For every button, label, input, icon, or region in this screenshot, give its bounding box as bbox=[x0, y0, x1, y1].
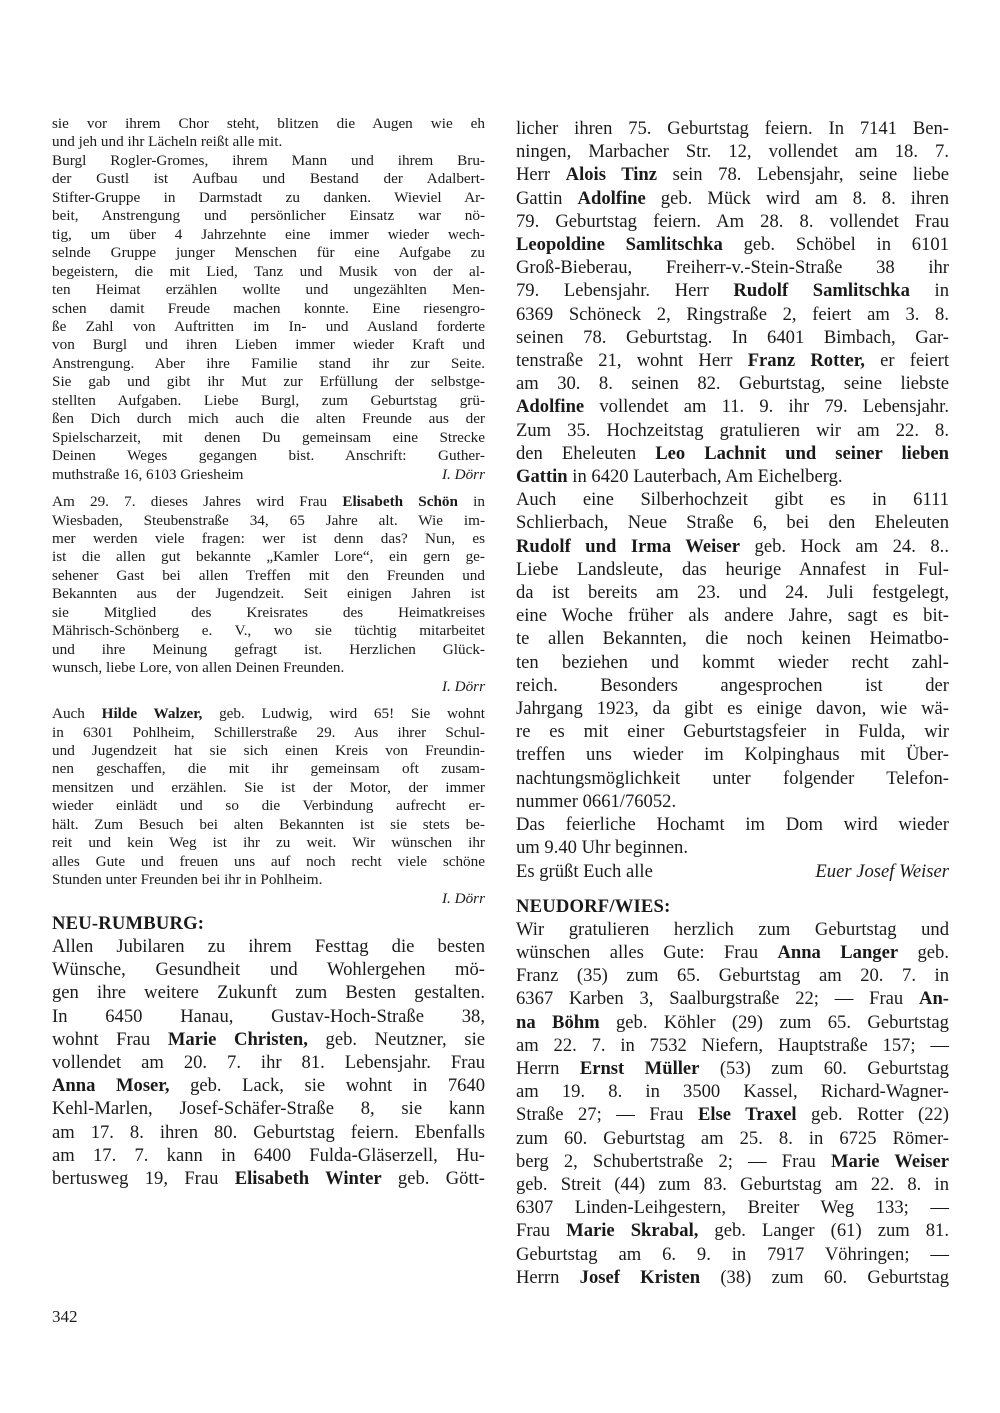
person-name: Leo Lachnit und seiner lieben bbox=[655, 443, 949, 464]
person-name: Rudolf und Irma Weiser bbox=[516, 536, 740, 557]
text-line: te allen Bekannten, die noch keinen Heim… bbox=[516, 627, 949, 650]
text-line: wunsch, liebe Lore, von allen Deinen Fre… bbox=[52, 659, 485, 677]
text-line: ten beziehen und kommt wieder recht zahl… bbox=[516, 651, 949, 674]
text-line: hält. Zum Besuch bei alten Bekannten ist… bbox=[52, 816, 485, 834]
person-name: Elisabeth Winter bbox=[235, 1168, 382, 1189]
text-line: begeistern, die mit Lied, Tanz und Musik… bbox=[52, 263, 485, 281]
paragraph-elisabeth-schoen: Am 29. 7. dieses Jahres wird Frau Elisab… bbox=[52, 493, 485, 696]
text-line: Frau Marie Skrabal, geb. Langer (61) zum… bbox=[516, 1219, 949, 1242]
author-signature: I. Dörr bbox=[52, 678, 485, 696]
text-line: am 17. 7. kann in 6400 Fulda-Gläserzell,… bbox=[52, 1144, 485, 1167]
person-name: Marie Weiser bbox=[831, 1151, 949, 1172]
text-line: 6369 Schöneck 2, Ringstraße 2, feiert am… bbox=[516, 303, 949, 326]
text-line: reit und kein Weg ist ihr zu weit. Wir w… bbox=[52, 834, 485, 852]
person-name: Hilde Walzer, bbox=[102, 705, 203, 722]
paragraph-annafest: Liebe Landsleute, das heurige Annafest i… bbox=[516, 558, 949, 813]
text-line: Gattin Adolfine geb. Mück wird am 8. 8. … bbox=[516, 187, 949, 210]
paragraph-hochamt: Das feierliche Hochamt im Dom wird wiede… bbox=[516, 813, 949, 883]
text-line: Rudolf und Irma Weiser geb. Hock am 24. … bbox=[516, 535, 949, 558]
text-line: am 19. 8. in 3500 Kassel, Richard-Wagner… bbox=[516, 1080, 949, 1103]
address-signature-line: muthstraße 16, 6103 Griesheim I. Dörr bbox=[52, 466, 485, 484]
text-line: ist die allen gut bekannte „Kamler Lore“… bbox=[52, 548, 485, 566]
person-name: Leopoldine Samlitschka bbox=[516, 234, 723, 255]
text-line: treffen uns wieder im Kolpinghaus mit Üb… bbox=[516, 743, 949, 766]
person-name: Marie Christen, bbox=[168, 1029, 308, 1050]
paragraph-hilde-walzer: Auch Hilde Walzer, geb. Ludwig, wird 65!… bbox=[52, 705, 485, 908]
text-line: Stifter-Gruppe in Darmstadt zu danken. W… bbox=[52, 189, 485, 207]
text-line: Leopoldine Samlitschka geb. Schöbel in 6… bbox=[516, 233, 949, 256]
text-line: Schlierbach, Neue Straße 6, bei den Ehel… bbox=[516, 511, 949, 534]
text-line: wünschen alles Gute: Frau Anna Langer ge… bbox=[516, 941, 949, 964]
person-name: Josef Kristen bbox=[580, 1267, 700, 1288]
paragraph-burgl: Burgl Rogler-Gromes, ihrem Mann und ihre… bbox=[52, 152, 485, 484]
text-line: Das feierliche Hochamt im Dom wird wiede… bbox=[516, 813, 949, 836]
section-neudorf-wies: NEUDORF/WIES: Wir gratulieren herzlich z… bbox=[516, 895, 949, 1289]
phone-number-line: nummer 0661/76052. bbox=[516, 790, 949, 813]
right-column: licher ihren 75. Geburtstag feiern. In 7… bbox=[516, 117, 949, 1289]
text-line: alles Gute und freuen uns auf noch recht… bbox=[52, 853, 485, 871]
text-line: muthstraße 16, 6103 Griesheim bbox=[52, 466, 244, 484]
text-line: den Eheleuten Leo Lachnit und seiner lie… bbox=[516, 442, 949, 465]
text-line: 6367 Karben 3, Saalburgstraße 22; — Frau… bbox=[516, 987, 949, 1010]
paragraph-intro: sie vor ihrem Chor steht, blitzen die Au… bbox=[52, 115, 485, 152]
section-neu-rumburg: NEU-RUMBURG: Allen Jubilaren zu ihrem Fe… bbox=[52, 912, 485, 1190]
text-line: licher ihren 75. Geburtstag feiern. In 7… bbox=[516, 117, 949, 140]
text-line: Kehl-Marlen, Josef-Schäfer-Straße 8, sie… bbox=[52, 1097, 485, 1120]
text-line: selnde Gruppe junger Menschen für eine A… bbox=[52, 244, 485, 262]
text-line: vollendet am 20. 7. ihr 81. Lebensjahr. … bbox=[52, 1051, 485, 1074]
text-line: Herrn Josef Kristen (38) zum 60. Geburts… bbox=[516, 1266, 949, 1289]
text-line: in 6301 Pohlheim, Schillerstraße 29. Aus… bbox=[52, 724, 485, 742]
text-line: und jeh und ihr Lächeln reißt alle mit. bbox=[52, 133, 485, 151]
text-line: 79. Lebensjahr. Herr Rudolf Samlitschka … bbox=[516, 279, 949, 302]
text-line: wieder einlädt und so die Verbindung auf… bbox=[52, 797, 485, 815]
text-line: Jahrgang 1923, da gibt es einige davon, … bbox=[516, 697, 949, 720]
text-line: Wünsche, Gesundheit und Wohlergehen mö- bbox=[52, 958, 485, 981]
author-signature: Euer Josef Weiser bbox=[815, 860, 949, 883]
text-line: sie Mitglied des Kreisrates des Heimatkr… bbox=[52, 604, 485, 622]
page-number: 342 bbox=[52, 1307, 78, 1327]
text-line: seinen 78. Geburtstag. In 6401 Bimbach, … bbox=[516, 326, 949, 349]
text-line: am 17. 8. ihren 80. Geburtstag feiern. E… bbox=[52, 1121, 485, 1144]
person-name: Franz Rotter, bbox=[748, 350, 865, 371]
text-line: Anna Moser, geb. Lack, sie wohnt in 7640 bbox=[52, 1074, 485, 1097]
person-name: Anna Moser, bbox=[52, 1075, 170, 1096]
text-line: Geburtstag am 6. 9. in 7917 Vöhringen; — bbox=[516, 1243, 949, 1266]
text-line: sehener Gast bei allen Treffen mit den F… bbox=[52, 567, 485, 585]
text-line: Sie gab und gibt ihr Mut zur Erfüllung d… bbox=[52, 373, 485, 391]
text-line: wohnt Frau Marie Christen, geb. Neutzner… bbox=[52, 1028, 485, 1051]
text-line: ßen Dich durch mich auch die alten Freun… bbox=[52, 410, 485, 428]
person-name: Rudolf Samlitschka bbox=[733, 280, 910, 301]
author-signature: I. Dörr bbox=[52, 890, 485, 908]
text-line: eine Woche früher als andere Jahre, sagt… bbox=[516, 604, 949, 627]
text-line: gen ihre weitere Zukunft zum Besten gest… bbox=[52, 981, 485, 1004]
paragraph-birthdays-continued: licher ihren 75. Geburtstag feiern. In 7… bbox=[516, 117, 949, 558]
text-line: und ihre Meinung gefragt ist. Herzlichen… bbox=[52, 641, 485, 659]
person-name: Else Traxel bbox=[698, 1104, 797, 1125]
person-name: Anna Langer bbox=[777, 942, 898, 963]
text-line: Auch eine Silberhochzeit gibt es in 6111 bbox=[516, 488, 949, 511]
text-line: stellten Aufgaben. Liebe Burgl, zum Gebu… bbox=[52, 392, 485, 410]
text-line: bertusweg 19, Frau Elisabeth Winter geb.… bbox=[52, 1167, 485, 1190]
text-line: Auch Hilde Walzer, geb. Ludwig, wird 65!… bbox=[52, 705, 485, 723]
text-line: Mährisch-Schönberg e. V., wo sie tüchtig… bbox=[52, 622, 485, 640]
text-line: Gattin in 6420 Lauterbach, Am Eichelberg… bbox=[516, 465, 949, 488]
person-name: Gattin bbox=[516, 466, 568, 487]
text-line: tig, um über 4 Jahrzehnte eine immer wie… bbox=[52, 226, 485, 244]
text-line: um 9.40 Uhr beginnen. bbox=[516, 836, 949, 859]
text-line: Burgl Rogler-Gromes, ihrem Mann und ihre… bbox=[52, 152, 485, 170]
person-name: Adolfine bbox=[516, 396, 584, 417]
text-line: beit, Anstrengung und persönlicher Einsa… bbox=[52, 207, 485, 225]
text-line: na Böhm geb. Köhler (29) zum 65. Geburts… bbox=[516, 1011, 949, 1034]
text-line: tenstraße 21, wohnt Herr Franz Rotter, e… bbox=[516, 349, 949, 372]
text-line: Liebe Landsleute, das heurige Annafest i… bbox=[516, 558, 949, 581]
text-line: Am 29. 7. dieses Jahres wird Frau Elisab… bbox=[52, 493, 485, 511]
text-line: mer werden viele fragen: wer ist denn da… bbox=[52, 530, 485, 548]
text-line: Herrn Ernst Müller (53) zum 60. Geburtst… bbox=[516, 1057, 949, 1080]
text-line: Deinen Weges gegangen bist. Anschrift: G… bbox=[52, 447, 485, 465]
text-line: Straße 27; — Frau Else Traxel geb. Rotte… bbox=[516, 1103, 949, 1126]
text-line: zum 60. Geburtstag am 25. 8. in 6725 Röm… bbox=[516, 1127, 949, 1150]
text-line: Bekannten aus der Jugendzeit. Seit einig… bbox=[52, 585, 485, 603]
text-line: 6307 Linden-Leihgestern, Breiter Weg 133… bbox=[516, 1196, 949, 1219]
greeting-text: Es grüßt Euch alle bbox=[516, 860, 653, 883]
text-line: und Jugendzeit hat sie sich einen Kreis … bbox=[52, 742, 485, 760]
text-line: von Burgl und ihren Lieben immer wieder … bbox=[52, 336, 485, 354]
text-line: Stunden unter Freunden bei ihr in Pohlhe… bbox=[52, 871, 485, 889]
text-line: reich. Besonders angesprochen ist der bbox=[516, 674, 949, 697]
section-heading: NEUDORF/WIES: bbox=[516, 895, 949, 918]
text-line: Allen Jubilaren zu ihrem Festtag die bes… bbox=[52, 935, 485, 958]
text-line: re es mit einer Geburtstagsfeier in Fuld… bbox=[516, 720, 949, 743]
text-line: da ist bereits am 23. und 24. Juli festg… bbox=[516, 581, 949, 604]
text-line: Wir gratulieren herzlich zum Geburtstag … bbox=[516, 918, 949, 941]
person-name: An- bbox=[919, 988, 949, 1009]
text-line: sie vor ihrem Chor steht, blitzen die Au… bbox=[52, 115, 485, 133]
text-line: Spielscharzeit, mit denen Du gemeinsam e… bbox=[52, 429, 485, 447]
text-line: nachtungsmöglichkeit unter folgender Tel… bbox=[516, 767, 949, 790]
text-line: Adolfine vollendet am 11. 9. ihr 79. Leb… bbox=[516, 395, 949, 418]
section-heading: NEU-RUMBURG: bbox=[52, 912, 485, 935]
person-name: na Böhm bbox=[516, 1012, 600, 1033]
text-line: geb. Streit (44) zum 83. Geburtstag am 2… bbox=[516, 1173, 949, 1196]
text-line: am 30. 8. seinen 82. Geburtstag, seine l… bbox=[516, 372, 949, 395]
left-column: sie vor ihrem Chor steht, blitzen die Au… bbox=[52, 115, 485, 1190]
text-line: am 22. 7. in 7532 Niefern, Hauptstraße 1… bbox=[516, 1034, 949, 1057]
text-line: berg 2, Schubertstraße 2; — Frau Marie W… bbox=[516, 1150, 949, 1173]
text-line: Anstrengung. Aber ihre Familie stand ihr… bbox=[52, 355, 485, 373]
text-line: ße Zahl von Auftritten im In- und Auslan… bbox=[52, 318, 485, 336]
text-line: Herr Alois Tinz sein 78. Lebensjahr, sei… bbox=[516, 163, 949, 186]
text-line: Franz (35) zum 65. Geburtstag am 20. 7. … bbox=[516, 964, 949, 987]
text-line: nen geschaffen, die mit ihr gemeinsam of… bbox=[52, 760, 485, 778]
text-line: In 6450 Hanau, Gustav-Hoch-Straße 38, bbox=[52, 1005, 485, 1028]
text-line: mensitzen und erzählen. Sie ist der Moto… bbox=[52, 779, 485, 797]
text-line: ningen, Marbacher Str. 12, vollendet am … bbox=[516, 140, 949, 163]
text-line: 79. Geburtstag feiern. Am 28. 8. vollend… bbox=[516, 210, 949, 233]
person-name: Elisabeth Schön bbox=[342, 493, 458, 510]
person-name: Alois Tinz bbox=[566, 164, 657, 185]
person-name: Marie Skrabal, bbox=[566, 1220, 698, 1241]
text-line: ten Heimat erzählen wollte und ungezählt… bbox=[52, 281, 485, 299]
greeting-line: Es grüßt Euch alle Euer Josef Weiser bbox=[516, 860, 949, 883]
text-line: Groß-Bieberau, Freiherr-v.-Stein-Straße … bbox=[516, 256, 949, 279]
text-line: Wiesbaden, Steubenstraße 34, 65 Jahre al… bbox=[52, 512, 485, 530]
text-line: Zum 35. Hochzeitstag gratulieren wir am … bbox=[516, 419, 949, 442]
person-name: Ernst Müller bbox=[580, 1058, 700, 1079]
author-signature: I. Dörr bbox=[442, 466, 485, 484]
person-name: Adolfine bbox=[578, 188, 646, 209]
text-line: der Gustl ist Aufbau und Bestand der Ada… bbox=[52, 170, 485, 188]
text-line: schen damit Freude machen konnte. Eine r… bbox=[52, 300, 485, 318]
